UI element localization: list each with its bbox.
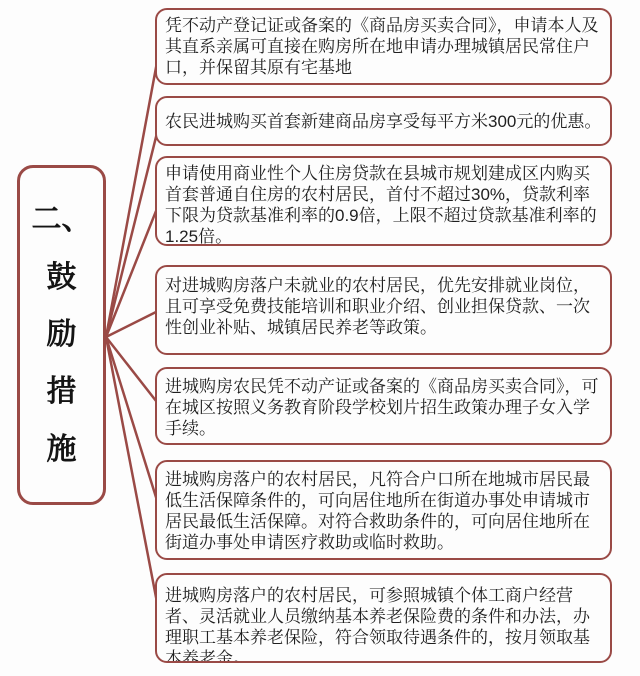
connector-line-1: [106, 46, 160, 337]
connector-line-3: [106, 201, 160, 337]
connector-line-2: [106, 121, 160, 337]
measure-box-purchase-discount: 农民进城购买首套新建商品房享受每平方米300元的优惠。: [155, 96, 612, 146]
measure-box-employment-support: 对进城购房落户未就业的农村居民，优先安排就业岗位，且可享受免费技能培训和职业介绍…: [155, 265, 612, 355]
root-node-box: 二、 鼓 励 措 施: [17, 165, 106, 505]
root-node-char: 鼓: [47, 263, 77, 293]
measure-text: 申请使用商业性个人住房贷款在县城市规划建成区内购买首套普通自住房的农村居民，首付…: [165, 163, 602, 246]
root-node-char: 二、: [32, 205, 92, 235]
measure-text: 农民进城购买首套新建商品房享受每平方米300元的优惠。: [165, 111, 601, 132]
measure-box-pension-insurance: 进城购房落户的农村居民，可参照城镇个体工商户经营者、灵活就业人员缴纳基本养老保险…: [155, 573, 612, 663]
measure-box-household-registration: 凭不动产登记证或备案的《商品房买卖合同》，申请本人及其直系亲属可直接在购房所在地…: [155, 8, 612, 85]
measure-text: 对进城购房落户未就业的农村居民，优先安排就业岗位，且可享受免费技能培训和职业介绍…: [165, 275, 602, 338]
measure-box-housing-loan: 申请使用商业性个人住房贷款在县城市规划建成区内购买首套普通自住房的农村居民，首付…: [155, 156, 612, 246]
measure-box-school-enrollment: 进城购房农民凭不动产证或备案的《商品房买卖合同》，可在城区按照义务教育阶段学校划…: [155, 367, 612, 445]
measure-text: 进城购房落户的农村居民，凡符合户口所在地城市居民最低生活保障条件的，可向居住地所…: [165, 469, 602, 553]
measure-box-subsistence-allowance: 进城购房落户的农村居民，凡符合户口所在地城市居民最低生活保障条件的，可向居住地所…: [155, 460, 612, 560]
connector-line-7: [106, 337, 160, 618]
measure-text: 进城购房落户的农村居民，可参照城镇个体工商户经营者、灵活就业人员缴纳基本养老保险…: [165, 585, 602, 663]
root-node-char: 措: [47, 377, 77, 407]
measure-text: 凭不动产登记证或备案的《商品房买卖合同》，申请本人及其直系亲属可直接在购房所在地…: [165, 15, 602, 78]
measure-text: 进城购房农民凭不动产证或备案的《商品房买卖合同》，可在城区按照义务教育阶段学校划…: [165, 376, 602, 439]
mindmap-diagram: 二、 鼓 励 措 施 凭不动产登记证或备案的《商品房买卖合同》，申请本人及其直系…: [0, 0, 640, 676]
root-node-char: 施: [47, 435, 77, 465]
connector-line-5: [106, 337, 160, 406]
root-node-char: 励: [47, 320, 77, 350]
